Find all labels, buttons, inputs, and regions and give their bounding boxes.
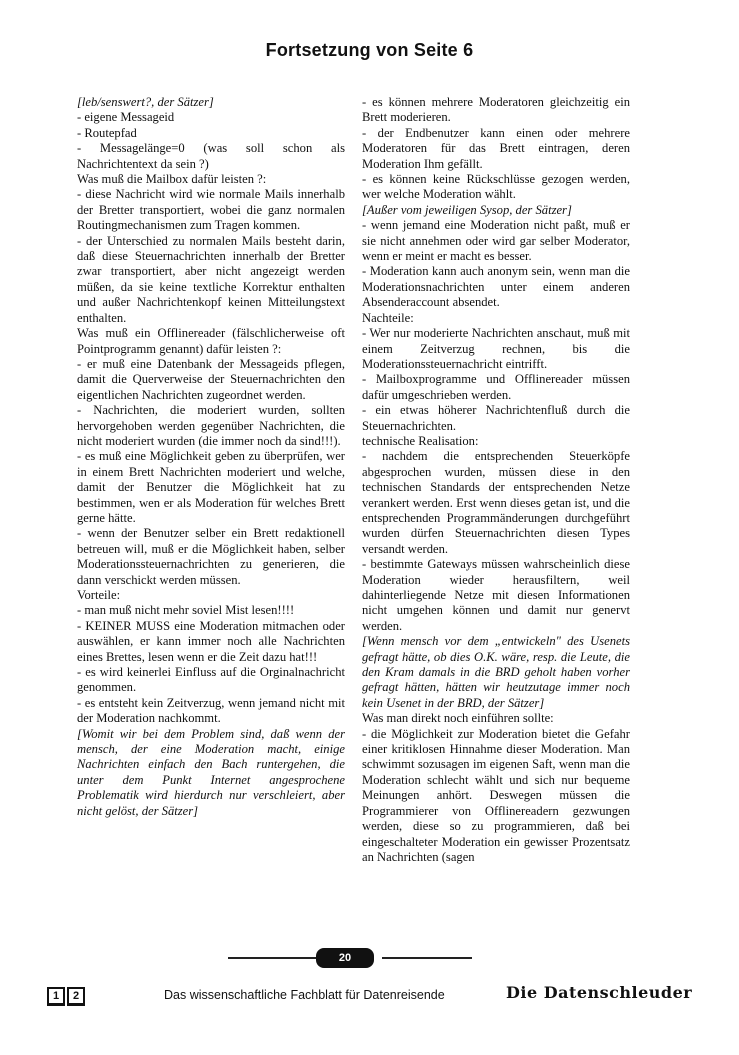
paragraph: - Mailboxprogramme und Offlinereader müs… [362, 372, 630, 403]
paragraph: - es können mehrere Moderatoren gleichze… [362, 95, 630, 126]
editor-note: [Wenn mensch vor dem „entwickeln" des Us… [362, 634, 630, 711]
paragraph: - die Möglichkeit zur Moderation bietet … [362, 727, 630, 866]
logo-boxes: 1 2 [47, 987, 85, 1006]
section-heading: Nachteile: [362, 311, 630, 326]
paragraph: - man muß nicht mehr soviel Mist lesen!!… [77, 603, 345, 618]
masthead-logo: Die Datenschleuder [506, 983, 692, 1002]
paragraph: - Wer nur moderierte Nachrichten anschau… [362, 326, 630, 372]
paragraph: Was muß ein Offlinereader (fälschlicherw… [77, 326, 345, 357]
editor-note: [Außer vom jeweiligen Sysop, der Sätzer] [362, 203, 630, 218]
logo-box: 1 [47, 987, 65, 1006]
logo-box: 2 [67, 987, 85, 1006]
paragraph: - es wird keinerlei Einfluss auf die Org… [77, 665, 345, 696]
paragraph: - bestimmte Gateways müssen wahrscheinli… [362, 557, 630, 634]
paragraph: - diese Nachricht wird wie normale Mails… [77, 187, 345, 233]
section-heading: Was man direkt noch einführen sollte: [362, 711, 630, 726]
left-column: [leb/senswert?, der Sätzer] - eigene Mes… [77, 95, 345, 819]
paragraph: [leb/senswert?, der Sätzer] [77, 95, 345, 110]
section-heading: Vorteile: [77, 588, 345, 603]
paragraph: - es können keine Rückschlüsse gezogen w… [362, 172, 630, 203]
paragraph: - KEINER MUSS eine Moderation mitmachen … [77, 619, 345, 665]
ornament-line-left [228, 957, 318, 959]
page-number-badge: 20 [316, 948, 374, 968]
paragraph: - es muß eine Möglichkeit geben zu überp… [77, 449, 345, 526]
paragraph: Was muß die Mailbox dafür leisten ?: [77, 172, 345, 187]
paragraph: - nachdem die entsprechenden Steuerköpfe… [362, 449, 630, 557]
page-number-ornament: 20 [228, 948, 472, 968]
paragraph: - Moderation kann auch anonym sein, wenn… [362, 264, 630, 310]
paragraph: - eigene Messageid [77, 110, 345, 125]
paragraph: - Messagelänge=0 (was soll schon als Nac… [77, 141, 345, 172]
paragraph: - wenn jemand eine Moderation nicht paßt… [362, 218, 630, 264]
paragraph: - der Unterschied zu normalen Mails best… [77, 234, 345, 326]
paragraph: - Routepfad [77, 126, 345, 141]
footer-tagline: Das wissenschaftliche Fachblatt für Date… [164, 988, 445, 1002]
editor-note: [Womit wir bei dem Problem sind, daß wen… [77, 727, 345, 819]
paragraph: - wenn der Benutzer selber ein Brett red… [77, 526, 345, 588]
paragraph: - der Endbenutzer kann einen oder mehrer… [362, 126, 630, 172]
page-title: Fortsetzung von Seite 6 [0, 40, 739, 61]
section-heading: technische Realisation: [362, 434, 630, 449]
paragraph: - es entsteht kein Zeitverzug, wenn jema… [77, 696, 345, 727]
right-column: - es können mehrere Moderatoren gleichze… [362, 95, 630, 865]
ornament-line-right [382, 957, 472, 959]
paragraph: - ein etwas höherer Nachrichtenfluß durc… [362, 403, 630, 434]
paragraph: - Nachrichten, die moderiert wurden, sol… [77, 403, 345, 449]
paragraph: - er muß eine Datenbank der Messageids p… [77, 357, 345, 403]
